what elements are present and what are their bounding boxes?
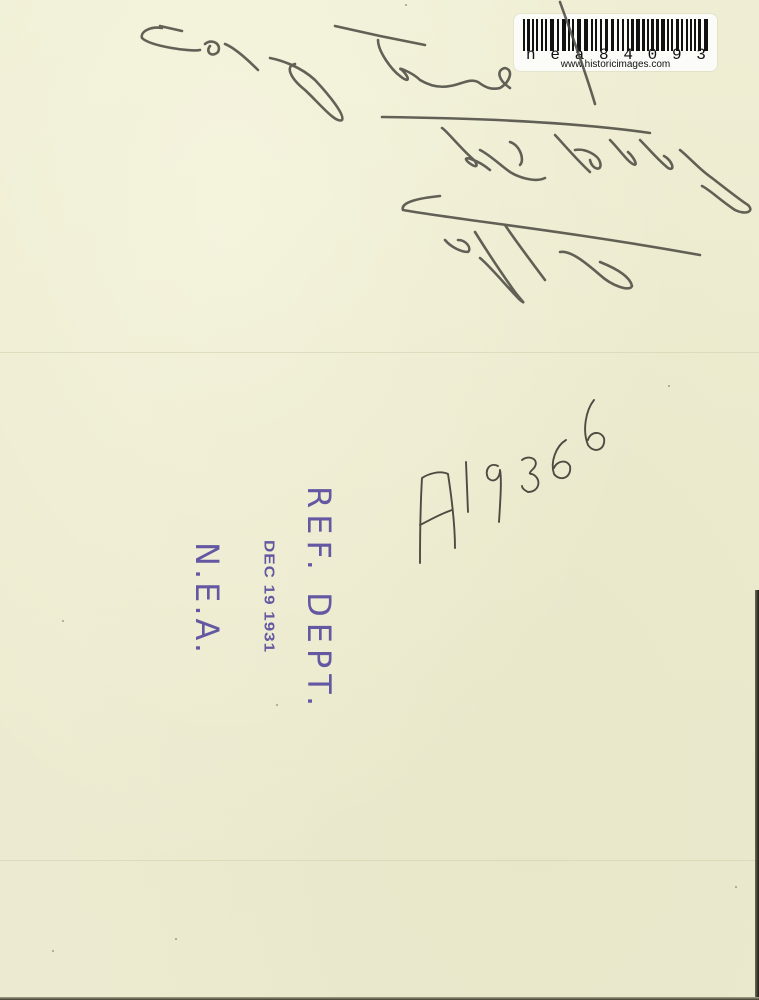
photo-edge-shadow (755, 590, 759, 1000)
paper-speck (62, 620, 64, 622)
photo-back-paper (0, 0, 759, 1000)
paper-speck (668, 385, 670, 387)
barcode-label: nea84093 www.historicimages.com (514, 14, 717, 71)
paper-speck (405, 4, 407, 6)
paper-speck (175, 938, 177, 940)
paper-speck (735, 886, 737, 888)
paper-crease (0, 860, 759, 861)
date-stamp: DEC 19 1931 (260, 540, 277, 653)
paper-speck (276, 704, 278, 706)
paper-crease (0, 352, 759, 353)
nea-stamp: N.E.A. (188, 542, 226, 656)
ref-dept-stamp: REF. DEPT. (300, 486, 338, 712)
barcode-url: www.historicimages.com (514, 59, 717, 70)
paper-speck (52, 950, 54, 952)
